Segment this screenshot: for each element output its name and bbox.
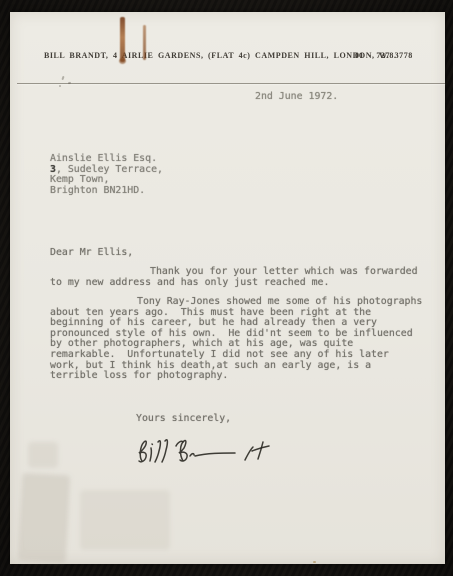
- verso-show-through: [80, 490, 170, 550]
- verso-show-through: [28, 442, 58, 468]
- signature-stroke: [179, 441, 187, 461]
- paper-speckle: [313, 561, 316, 563]
- paragraph-2-line: terrible loss for photography.: [50, 371, 422, 382]
- signature-stroke: [195, 453, 235, 456]
- verso-show-through: [18, 473, 71, 563]
- pencil-mark: [61, 76, 64, 80]
- paragraph-1-line: Thank you for your letter which was forw…: [50, 267, 418, 278]
- date-line: 2nd June 1972.: [255, 92, 338, 103]
- paragraph-2: Tony Ray-Jones showed me some of his pho…: [50, 297, 422, 382]
- signature-stroke: [190, 454, 194, 456]
- fold-crease-line: [17, 83, 445, 84]
- letterhead-address: BILL BRANDT, 4 AIRLIE GARDENS, (FLAT 4c)…: [44, 51, 396, 60]
- signature-stroke: [162, 440, 167, 462]
- letter-page: BILL BRANDT, 4 AIRLIE GARDENS, (FLAT 4c)…: [10, 12, 445, 564]
- letterhead-phone: 01 - 727 3778: [355, 51, 413, 60]
- recipient-street-rest: , Sudeley Terrace,: [56, 164, 163, 175]
- signature-stroke: [245, 447, 253, 460]
- photo-mount-background: BILL BRANDT, 4 AIRLIE GARDENS, (FLAT 4c)…: [0, 0, 453, 576]
- rust-stain-streak-1: [120, 17, 125, 62]
- rust-stain-streak-2: [143, 25, 146, 60]
- signature-stroke: [150, 448, 151, 461]
- signature-stroke: [155, 441, 160, 462]
- pencil-mark: [59, 85, 61, 87]
- salutation: Dear Mr Ellis,: [50, 248, 133, 259]
- signature-stroke: [258, 442, 263, 459]
- rust-stain-blot: [119, 58, 126, 64]
- paragraph-2-line: remarkable. Unfortunately I did not see …: [50, 350, 422, 361]
- closing-line: Yours sincerely,: [136, 414, 231, 425]
- recipient-city-postcode: Brighton BN21HD.: [50, 186, 163, 197]
- signature-bill-brandt: [132, 434, 277, 470]
- signature-stroke: [139, 441, 146, 462]
- paragraph-2-line: Tony Ray-Jones showed me some of his pho…: [50, 297, 422, 308]
- recipient-address-block: Ainslie Ellis Esq. 3, Sudeley Terrace, K…: [50, 154, 163, 196]
- paragraph-1: Thank you for your letter which was forw…: [50, 267, 418, 288]
- paragraph-1-line: to my new address and has only just reac…: [50, 278, 418, 289]
